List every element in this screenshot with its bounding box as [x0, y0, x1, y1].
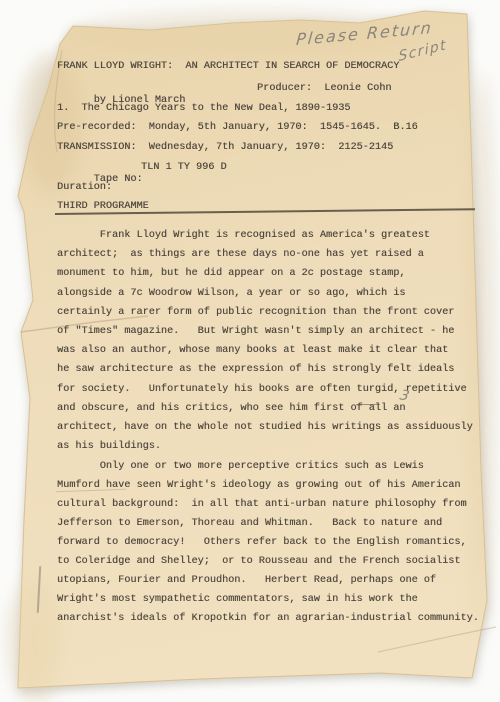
script-title: FRANK LLOYD WRIGHT: AN ARCHITECT IN SEAR…	[57, 61, 399, 73]
producer-credit: Producer: Leonie Cohn	[257, 83, 392, 95]
duration-label: Duration:	[57, 182, 112, 194]
handwritten-note-line2: Script	[398, 37, 447, 65]
prerecorded-line: Pre-recorded: Monday, 5th January, 1970:…	[57, 122, 418, 134]
scanned-document: FRANK LLOYD WRIGHT: AN ARCHITECT IN SEAR…	[0, 0, 500, 702]
pencil-margin-stroke	[37, 566, 41, 613]
typed-text-layer: FRANK LLOYD WRIGHT: AN ARCHITECT IN SEAR…	[0, 0, 500, 702]
episode-title: 1. The Chicago Years to the New Deal, 18…	[57, 103, 350, 115]
transmission-line: TRANSMISSION: Wednesday, 7th January, 19…	[57, 142, 393, 154]
tape-number: TLN 1 TY 996 D	[141, 162, 227, 174]
paragraph-2: Only one or two more perceptive critics …	[57, 457, 479, 628]
typed-blank-underline	[356, 404, 380, 405]
paragraph-1: Frank Lloyd Wright is recognised as Amer…	[57, 226, 473, 456]
